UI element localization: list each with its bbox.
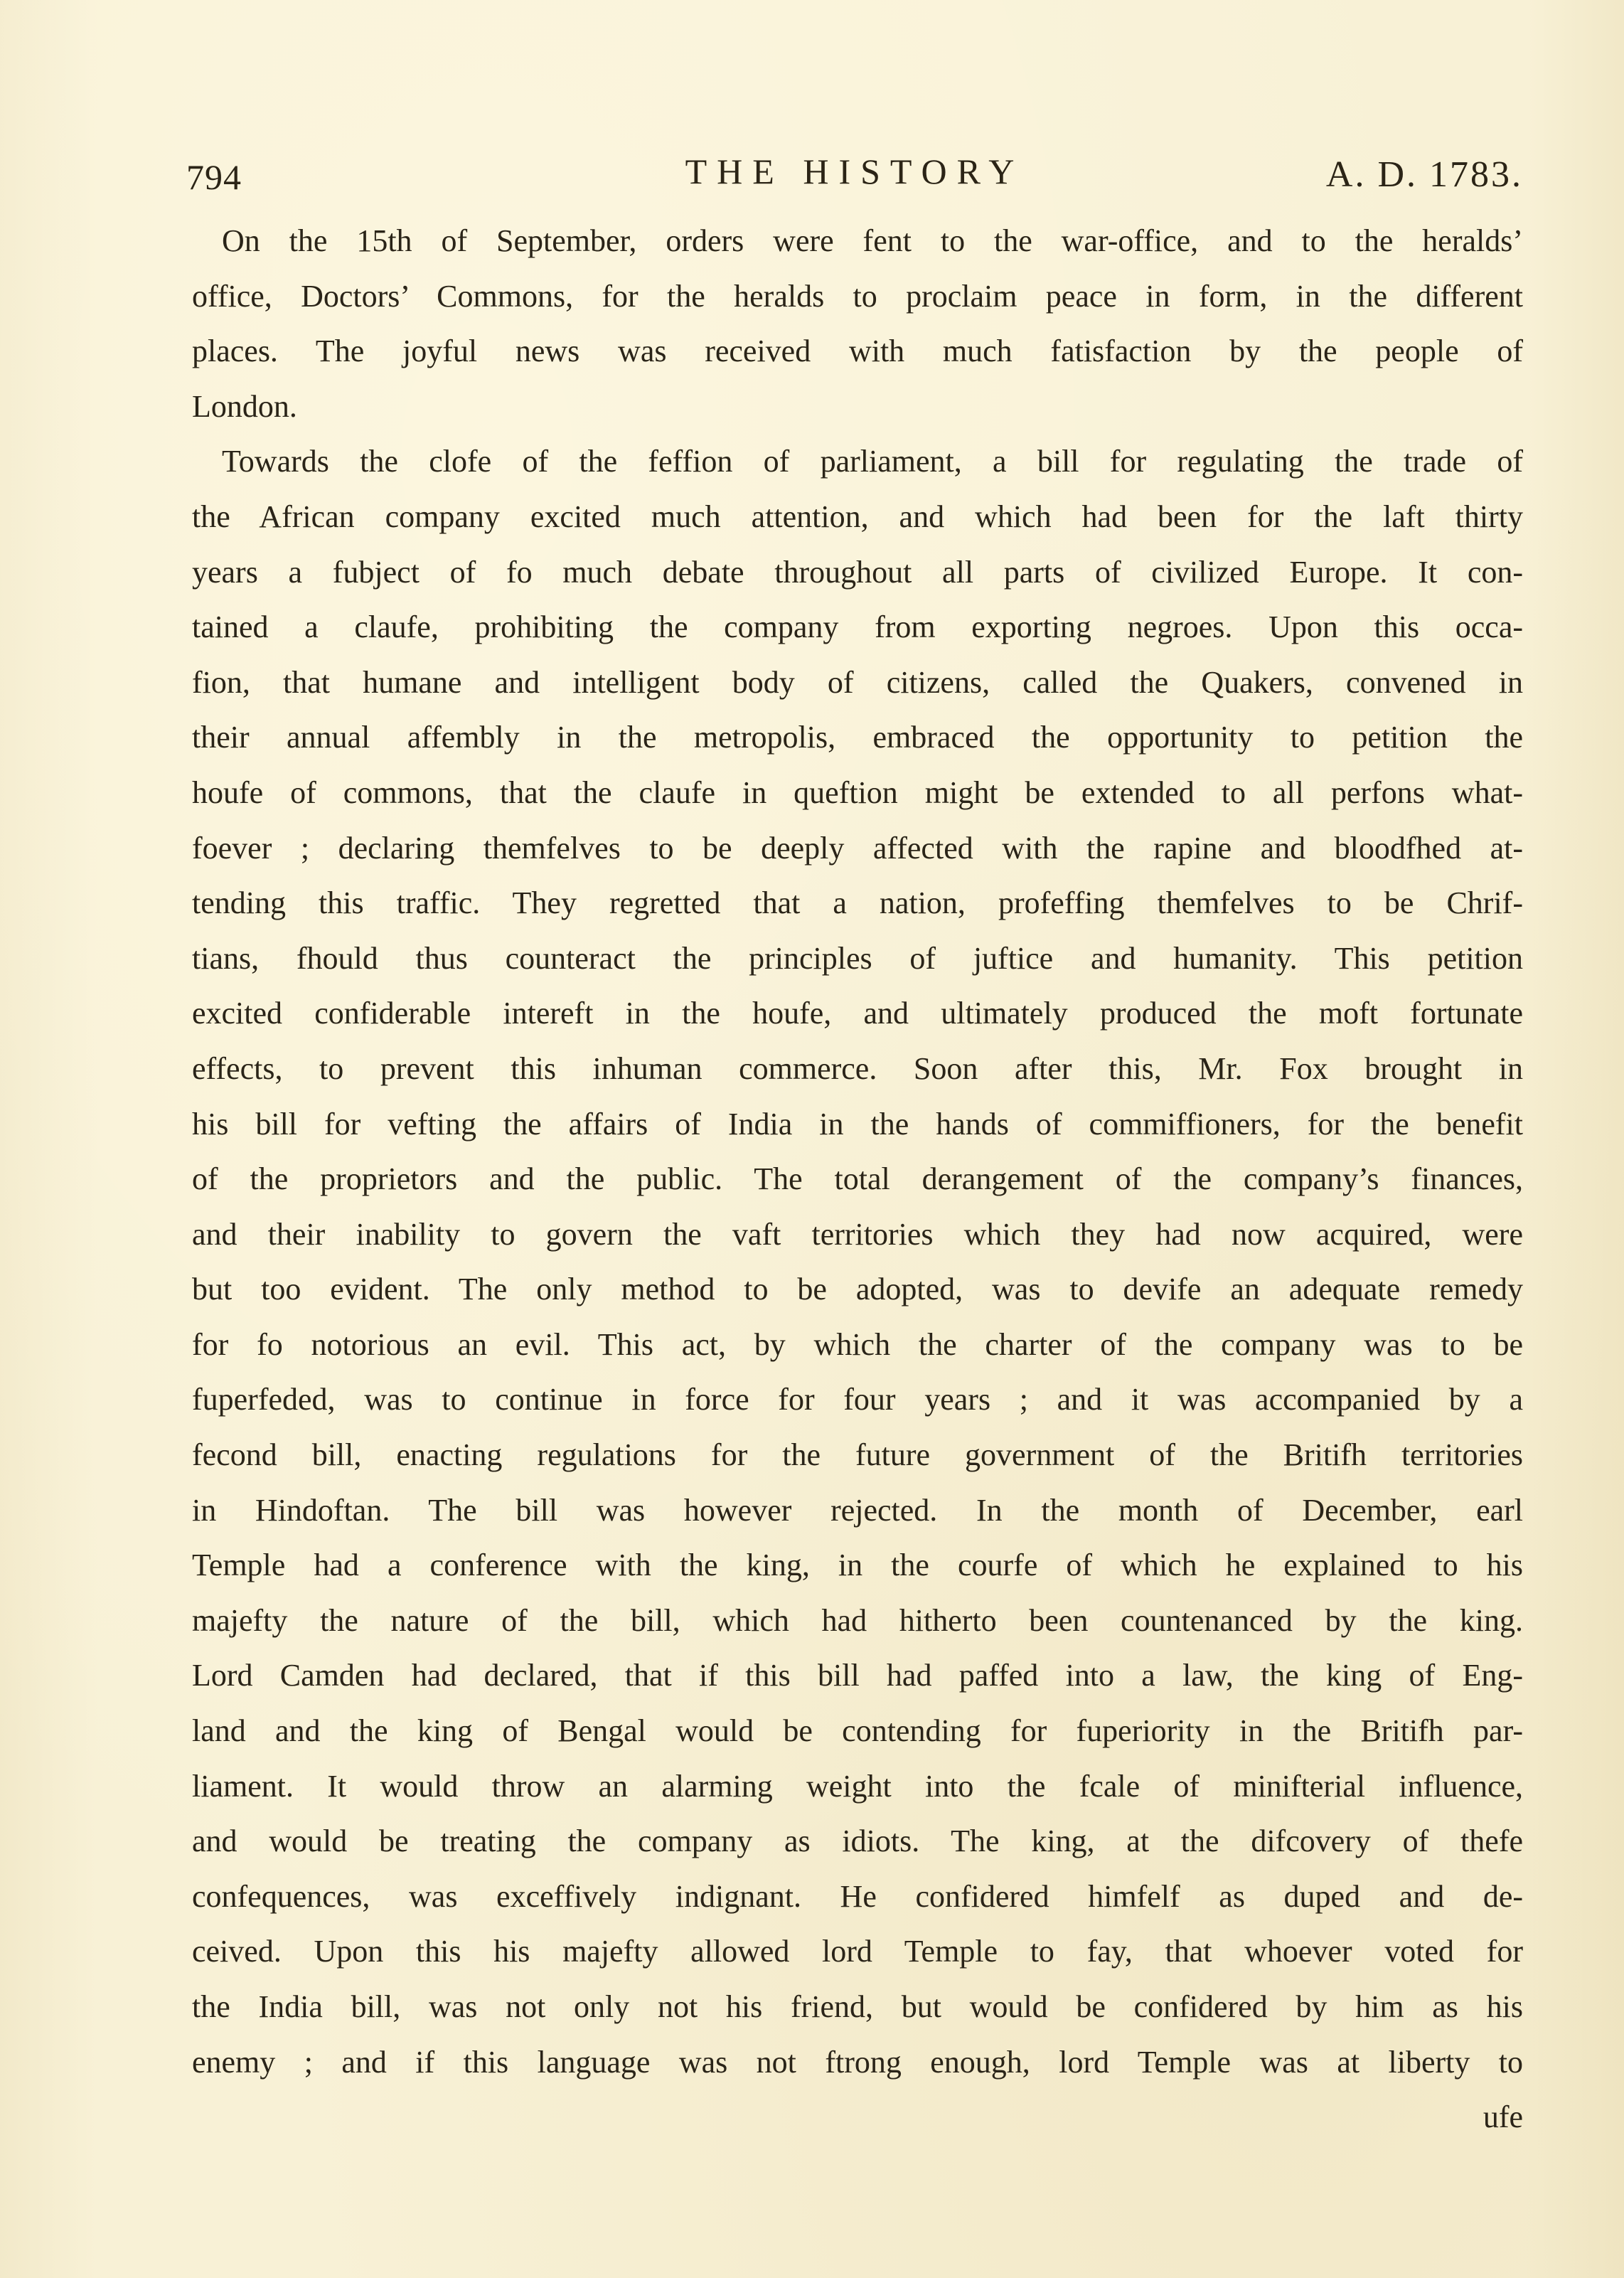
text-line: but too evident. The only method to be a… (192, 1262, 1523, 1317)
text-line: On the 15th of September, orders were fe… (192, 213, 1523, 269)
text-line: their annual affembly in the metropolis,… (192, 710, 1523, 765)
text-line: his bill for vefting the affairs of Indi… (192, 1097, 1523, 1152)
text-line: confequences, was exceffively indignant.… (192, 1869, 1523, 1925)
text-line: tians, fhould thus counteract the princi… (192, 931, 1523, 986)
text-line: enemy ; and if this language was not ftr… (192, 2035, 1523, 2090)
text-line: land and the king of Bengal would be con… (192, 1703, 1523, 1759)
text-line: tained a claufe, prohibiting the company… (192, 600, 1523, 655)
text-line: majefty the nature of the bill, which ha… (192, 1593, 1523, 1649)
catchword: ufe (192, 2090, 1523, 2145)
book-page: 794 THE HISTORY A. D. 1783. On the 15th … (0, 0, 1624, 2278)
text-line: and would be treating the company as idi… (192, 1814, 1523, 1869)
text-line: Lord Camden had declared, that if this b… (192, 1648, 1523, 1703)
text-line: for fo notorious an evil. This act, by w… (192, 1317, 1523, 1373)
text-line: years a fubject of fo much debate throug… (192, 545, 1523, 600)
text-line: houfe of commons, that the claufe in que… (192, 765, 1523, 821)
text-line: fecond bill, enacting regulations for th… (192, 1427, 1523, 1483)
text-line: Towards the clofe of the feffion of parl… (192, 434, 1523, 489)
text-line: the African company excited much attenti… (192, 489, 1523, 545)
running-head: 794 THE HISTORY A. D. 1783. (186, 151, 1523, 201)
text-line: of the proprietors and the public. The t… (192, 1151, 1523, 1207)
text-line: fion, that humane and intelligent body o… (192, 655, 1523, 710)
text-line: the India bill, was not only not his fri… (192, 1979, 1523, 2035)
text-line: Temple had a conference with the king, i… (192, 1538, 1523, 1593)
text-line: and their inability to govern the vaft t… (192, 1207, 1523, 1262)
text-line: excited confiderable intereft in the hou… (192, 986, 1523, 1041)
text-line: foever ; declaring themfelves to be deep… (192, 821, 1523, 876)
text-line: places. The joyful news was received wit… (192, 324, 1523, 379)
running-title: THE HISTORY (186, 151, 1523, 192)
text-line: tending this traffic. They regretted tha… (192, 875, 1523, 931)
text-line: effects, to prevent this inhuman commerc… (192, 1041, 1523, 1097)
body-text: On the 15th of September, orders were fe… (192, 213, 1523, 2145)
running-date: A. D. 1783. (1326, 154, 1523, 196)
text-line: office, Doctors’ Commons, for the herald… (192, 269, 1523, 324)
text-line: in Hindoftan. The bill was however rejec… (192, 1483, 1523, 1538)
text-line: fuperfeded, was to continue in force for… (192, 1372, 1523, 1427)
text-line: London. (192, 379, 1523, 435)
text-line: ceived. Upon this his majefty allowed lo… (192, 1924, 1523, 1979)
text-line: liament. It would throw an alarming weig… (192, 1759, 1523, 1814)
